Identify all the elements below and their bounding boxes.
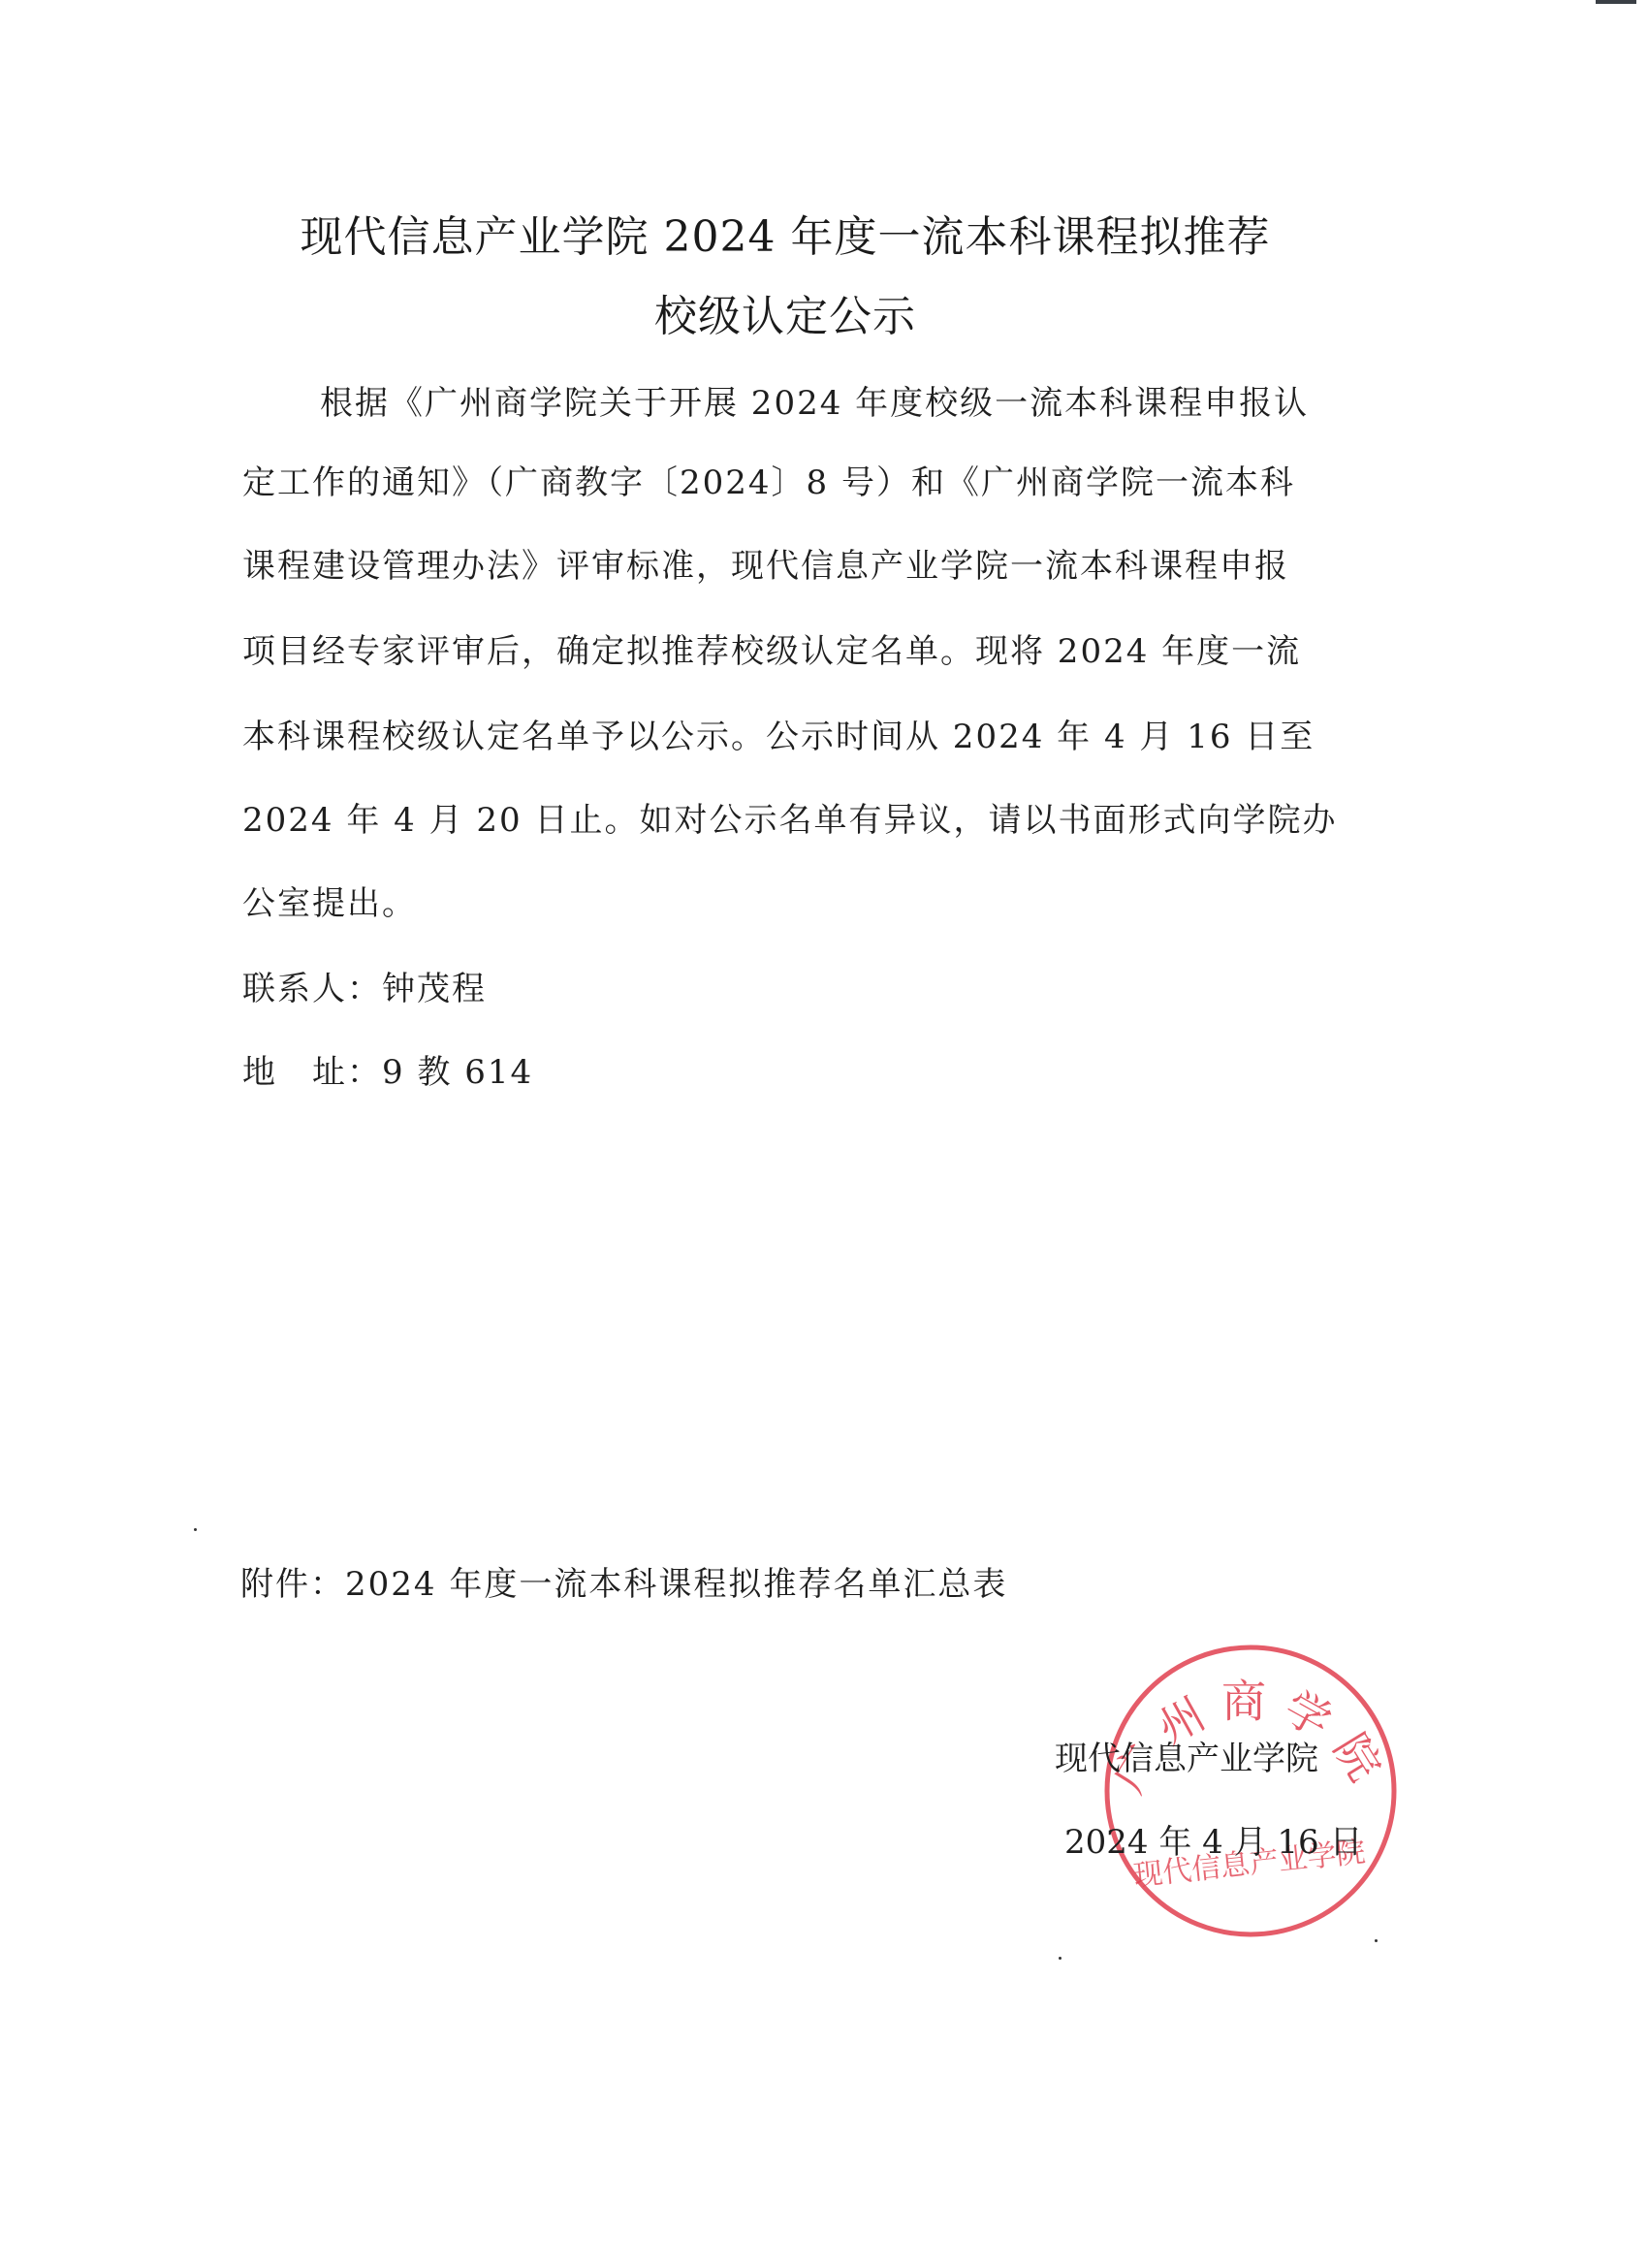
contact-line: 联系人：钟茂程 (242, 962, 487, 1009)
body-line-6: 2024 年 4 月 20 日止。如对公示名单有异议，请以书面形式向学院办 (242, 793, 1337, 841)
body-line-1: 根据《广州商学院关于开展 2024 年度校级一流本科课程申报认 (320, 376, 1309, 424)
address-line: 地 址：9 教 614 (242, 1045, 533, 1093)
contact-label: 联系人： (242, 970, 382, 1008)
official-seal-stamp: 广州商学院 现代信息产业学院 (1100, 1641, 1401, 1941)
signature-date: 2024 年 4 月 16 日 (1064, 1815, 1362, 1863)
body-line-3: 课程建设管理办法》评审标准，现代信息产业学院一流本科课程申报 (242, 539, 1289, 587)
address-label: 地 址： (242, 1053, 382, 1092)
contact-name: 钟茂程 (382, 970, 487, 1008)
scan-speck (1375, 1939, 1378, 1942)
document-title-line-2: 校级认定公示 (0, 281, 1609, 343)
scan-speck (194, 1528, 197, 1531)
scan-edge-mark (1596, 0, 1636, 4)
body-line-7: 公室提出。 (242, 877, 417, 924)
attachment-line: 附件：2024 年度一流本科课程拟推荐名单汇总表 (240, 1557, 1007, 1605)
signature-org: 现代信息产业学院 (1055, 1732, 1318, 1779)
body-line-4: 项目经专家评审后，确定拟推荐校级认定名单。现将 2024 年度一流 (242, 624, 1301, 672)
body-line-2: 定工作的通知》（广商教字〔2024〕8 号）和《广州商学院一流本科 (242, 456, 1295, 503)
body-line-5: 本科课程校级认定名单予以公示。公示时间从 2024 年 4 月 16 日至 (242, 710, 1315, 757)
scan-speck (1059, 1957, 1062, 1960)
document-title-line-1: 现代信息产业学院 2024 年度一流本科课程拟推荐 (0, 202, 1609, 264)
address-value: 9 教 614 (382, 1053, 533, 1092)
